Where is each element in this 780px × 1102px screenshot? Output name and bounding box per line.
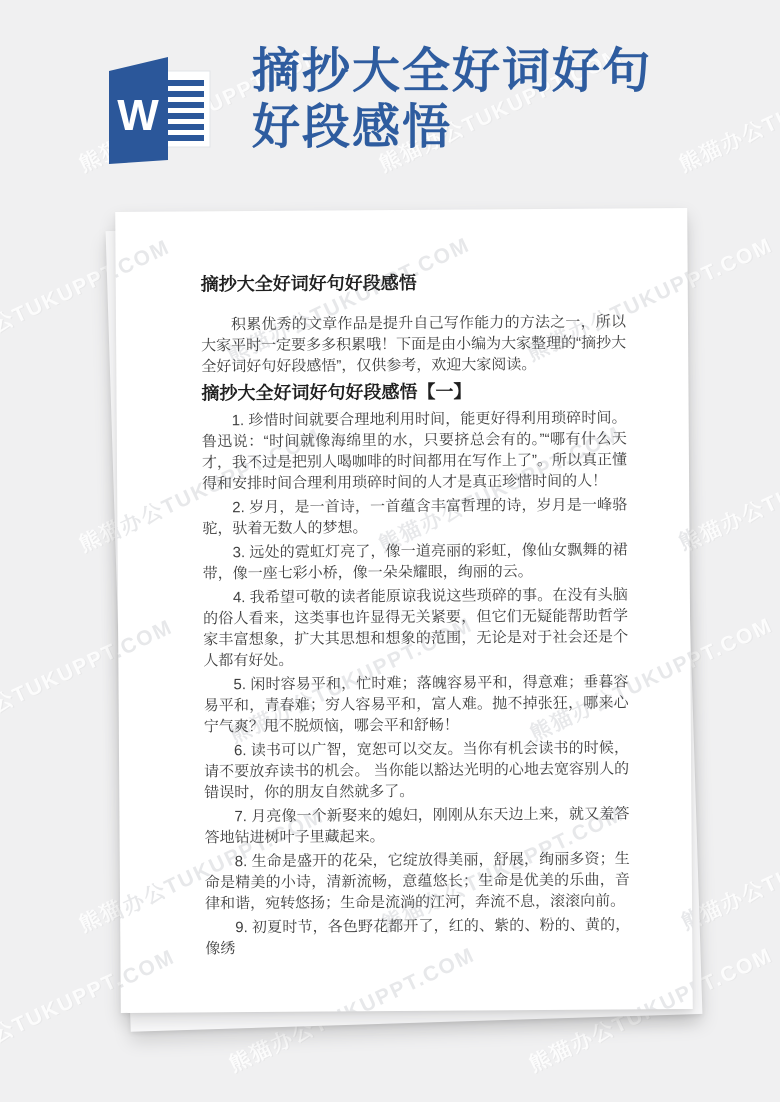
page-title-line2: 好段感悟 [252, 100, 652, 156]
document-intro: 积累优秀的文章作品是提升自己写作能力的方法之一，所以大家平时一定要多多积累哦！下… [201, 311, 626, 377]
document-page: 摘抄大全好词好句好段感悟 积累优秀的文章作品是提升自己写作能力的方法之一，所以大… [115, 208, 693, 1013]
document-items: 1. 珍惜时间就要合理地利用时间，能更好得利用琐碎时间。鲁迅说：“时间就像海绵里… [202, 407, 631, 959]
document-paragraph: 2. 岁月，是一首诗，一首蕴含丰富哲理的诗，岁月是一峰骆驼，驮着无数人的梦想。 [202, 494, 627, 539]
document-paragraph: 8. 生命是盛开的花朵，它绽放得美丽，舒展，绚丽多资；生命是精美的小诗，清新流畅… [205, 848, 630, 914]
document-content: 摘抄大全好词好句好段感悟 积累优秀的文章作品是提升自己写作能力的方法之一，所以大… [201, 268, 631, 962]
document-paragraph: 3. 远处的霓虹灯亮了，像一道亮丽的彩虹，像仙女飘舞的裙带，像一座七彩小桥，像一… [203, 539, 628, 584]
watermark-text: 熊猫办公TUKUPPT.COM [673, 416, 693, 557]
watermark-text: 熊猫办公TUKUPPT.COM [676, 796, 693, 937]
document-paragraph: 6. 读书可以广智，宽恕可以交友。当你有机会读书的时候，请不要放弃读书的机会。 … [204, 737, 629, 803]
page-title-line1: 摘抄大全好词好句 [252, 44, 652, 100]
page-title: 摘抄大全好词好句 好段感悟 [252, 44, 652, 156]
document-paragraph: 9. 初夏时节，各色野花都开了，红的、紫的、粉的、黄的，像绣 [205, 914, 630, 959]
watermark-text: 熊猫办公TUKUPPT.COM [115, 941, 179, 1013]
word-icon-letter: W [117, 91, 159, 140]
document-section-heading: 摘抄大全好词好句好段感悟【一】 [201, 377, 626, 406]
document-paragraph: 7. 月亮像一个新娶来的媳妇，刚刚从东天边上来，就又羞答答地钻进树叶子里藏起来。 [204, 803, 629, 848]
document-paragraph: 5. 闲时容易平和，忙时难；落魄容易平和，得意难；垂暮容易平和，青春难；穷人容易… [203, 671, 628, 737]
document-title: 摘抄大全好词好句好段感悟 [201, 268, 626, 297]
document-paragraph: 4. 我希望可敬的读者能原谅我说这些琐碎的事。在没有头脑的俗人看来，这类事也许显… [203, 584, 629, 671]
watermark-text: 熊猫办公TUKUPPT.COM [674, 419, 780, 558]
watermark-text: 熊猫办公TUKUPPT.COM [115, 611, 177, 752]
document-paragraph: 1. 珍惜时间就要合理地利用时间，能更好得利用琐碎时间。鲁迅说：“时间就像海绵里… [202, 407, 628, 494]
header: W 摘抄大全好词好句 好段感悟 [0, 0, 780, 190]
word-icon: W [108, 54, 214, 168]
watermark-text: 熊猫办公TUKUPPT.COM [115, 231, 174, 372]
document-preview-screenshot: { "header": { "title_line1": "摘抄大全好词好句",… [0, 0, 780, 1102]
